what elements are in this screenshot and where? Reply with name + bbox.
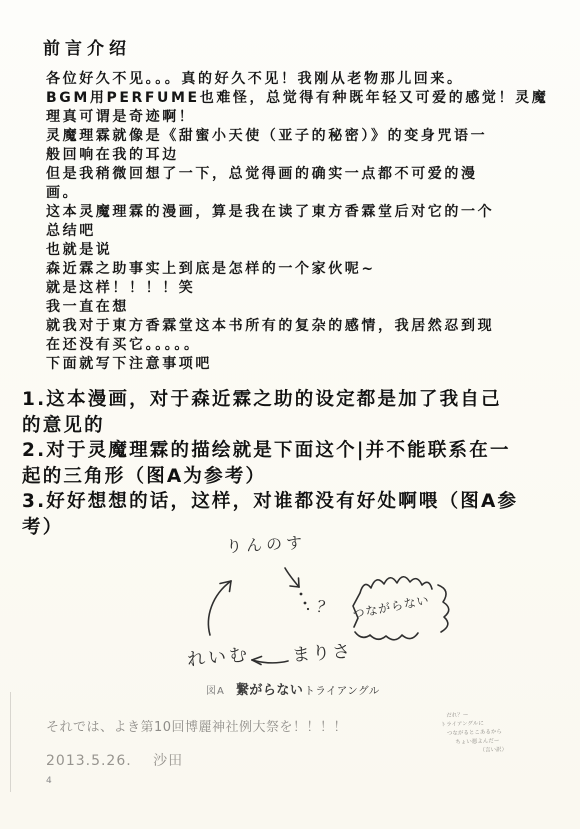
diagram-label-reimu: れいむ	[186, 640, 251, 671]
page-number: 4	[46, 776, 52, 786]
intro-line: 在还没有买它。。。。。	[46, 336, 546, 355]
note-line: 1.这本漫画，对于森近霖之助的设定都是加了我自己	[22, 387, 567, 413]
closing-line: それでは、よき第10回博麗神社例大祭を！！！！	[46, 716, 347, 735]
note-line: 起的三角形（图A为参考）	[22, 464, 567, 490]
figure-caption: 図A 繋がらない トライアングル	[206, 679, 380, 698]
down-arrow-icon	[285, 568, 299, 587]
scan-artifact-line	[10, 692, 11, 792]
intro-line: 下面就写下注意事项吧	[46, 355, 546, 374]
figure-caption-suffix: トライアングル	[304, 683, 379, 698]
note-line: 2.对于灵魔理霖的描绘就是下面这个|并不能联系在一	[22, 438, 567, 464]
date-line: 2013.5.26. 沙田	[46, 750, 183, 770]
up-arrow-icon	[208, 581, 231, 635]
figure-caption-label: 図A	[206, 682, 225, 697]
notes-list: 1.这本漫画，对于森近霖之助的设定都是加了我自己 的意见的 2.对于灵魔理霖的描…	[22, 387, 567, 540]
note-line: 的意见的	[22, 413, 567, 439]
diagram-label-rinnosuke: りんのす	[225, 530, 306, 557]
intro-line: 灵魔理霖就像是《甜蜜小天使（亚子的秘密）》的变身咒语一	[46, 127, 546, 146]
note-line: 3.好好想想的话，这样，对谁都没有好处啊喂（图A参	[22, 489, 567, 515]
intro-line: 森近霖之助事实上到底是怎样的一个家伙呢~	[46, 260, 546, 279]
intro-line: 总结吧	[46, 222, 546, 241]
intro-line: 画。	[46, 184, 546, 203]
author-name: 沙田	[153, 753, 183, 769]
intro-line: 这本灵魔理霖的漫画，算是我在读了東方香霖堂后对它的一个	[46, 203, 546, 222]
intro-line: 般回响在我的耳边	[46, 146, 546, 165]
handwritten-note-line: （言い訳）	[479, 746, 507, 756]
figure-caption-main: 繋がらない	[236, 679, 304, 698]
intro-line: 我一直在想	[46, 298, 546, 317]
intro-line: 但是我稍微回想了一下，总觉得画的确实一点都不可爱的漫	[46, 165, 546, 184]
intro-line: 就我对于東方香霖堂这本书所有的复杂的感情，我居然忍到现	[46, 317, 546, 336]
scanned-page: 前言介绍 各位好久不见。。。真的好久不见！我刚从老物那儿回来。 BGM用PERF…	[0, 0, 580, 829]
intro-line: BGM用PERFUME也难怪，总觉得有种既年轻又可爱的感觉！灵魔	[46, 89, 546, 108]
intro-paragraph: 各位好久不见。。。真的好久不见！我刚从老物那儿回来。 BGM用PERFUME也难…	[46, 70, 546, 374]
intro-line: 也就是说	[46, 241, 546, 260]
intro-line: 各位好久不见。。。真的好久不见！我刚从老物那儿回来。	[46, 70, 546, 89]
intro-line: 理真可谓是奇迹啊！	[46, 108, 546, 127]
page-title: 前言介绍	[43, 34, 131, 59]
date-text: 2013.5.26.	[46, 753, 132, 769]
handwritten-margin-note: だれ？ー トライアングルに つながるとこあるから ちょい悪よんだー （言い訳）	[440, 710, 507, 757]
diagram-label-marisa: まりさ	[291, 637, 353, 667]
intro-line: 就是这样！！！！笑	[46, 279, 546, 298]
